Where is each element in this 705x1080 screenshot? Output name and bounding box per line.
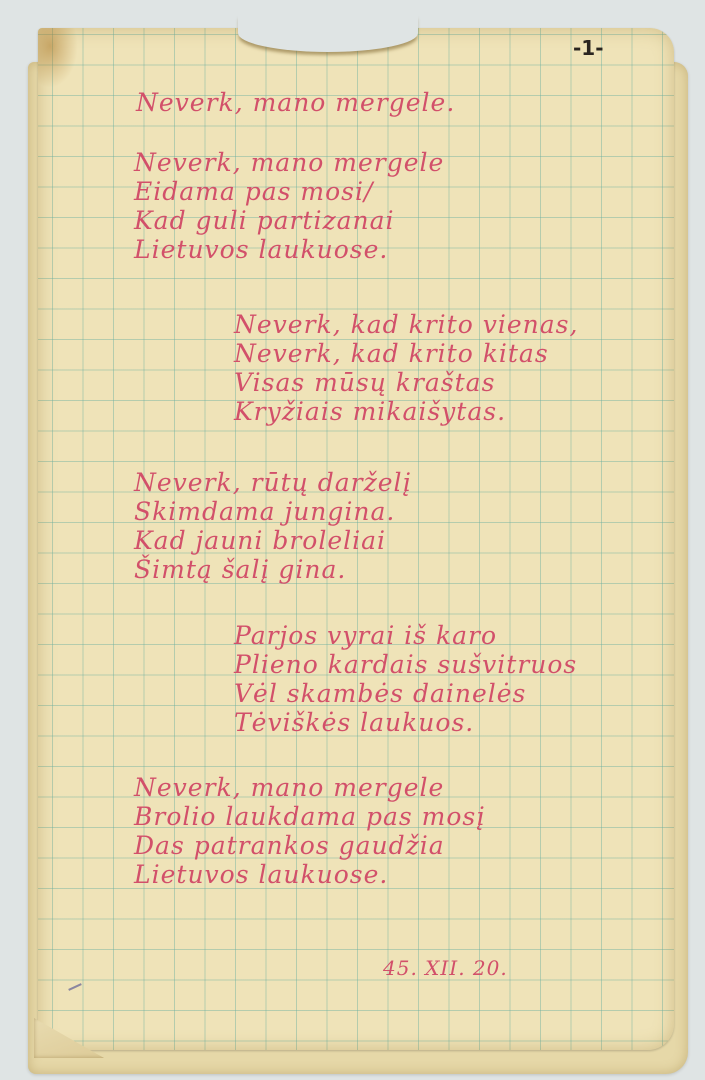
poem-line: Brolio laukdama pas mosį <box>134 802 485 831</box>
stanza-5: Neverk, mano mergele Brolio laukdama pas… <box>134 773 485 889</box>
stanza-3: Neverk, rūtų darželį Skimdama jungina. K… <box>134 468 412 584</box>
poem-line: Vėl skambės dainelės <box>234 679 577 708</box>
poem-line: Šimtą šalį gina. <box>134 555 412 584</box>
poem-line: Kad jauni broleliai <box>134 526 412 555</box>
poem-line: Tėviškės laukuos. <box>234 708 577 737</box>
poem-line: Skimdama jungina. <box>134 497 412 526</box>
poem-title: Neverk, mano mergele. <box>136 88 455 117</box>
notebook-page: -1- Neverk, mano mergele. Neverk, mano m… <box>38 28 674 1050</box>
water-stain <box>38 28 78 88</box>
torn-edge <box>238 14 418 52</box>
stanza-1: Neverk, mano mergele Eidama pas mosi/ Ka… <box>134 148 444 264</box>
poem-line: Parjos vyrai iš karo <box>234 621 577 650</box>
pencil-mark <box>68 983 82 991</box>
stanza-4: Parjos vyrai iš karo Plieno kardais sušv… <box>234 621 577 737</box>
poem-line: Kad guli partizanai <box>134 206 444 235</box>
folded-corner <box>34 1018 104 1058</box>
poem-line: Lietuvos laukuose. <box>134 235 444 264</box>
poem-line: Neverk, kad krito vienas, <box>234 310 578 339</box>
poem-line: Plieno kardais sušvitruos <box>234 650 577 679</box>
page-number: -1- <box>573 36 604 60</box>
poem-date: 45. XII. 20. <box>383 954 508 983</box>
poem-line: Neverk, mano mergele <box>134 773 485 802</box>
poem-line: Visas mūsų kraštas <box>234 368 578 397</box>
poem-line: Eidama pas mosi/ <box>134 177 444 206</box>
poem-line: Kryžiais mikaišytas. <box>234 397 578 426</box>
poem-line: Neverk, rūtų darželį <box>134 468 412 497</box>
stanza-2: Neverk, kad krito vienas, Neverk, kad kr… <box>234 310 578 426</box>
poem-line: Neverk, mano mergele <box>134 148 444 177</box>
poem-line: Lietuvos laukuose. <box>134 860 485 889</box>
poem-line: Neverk, kad krito kitas <box>234 339 578 368</box>
poem-line: Das patrankos gaudžia <box>134 831 485 860</box>
